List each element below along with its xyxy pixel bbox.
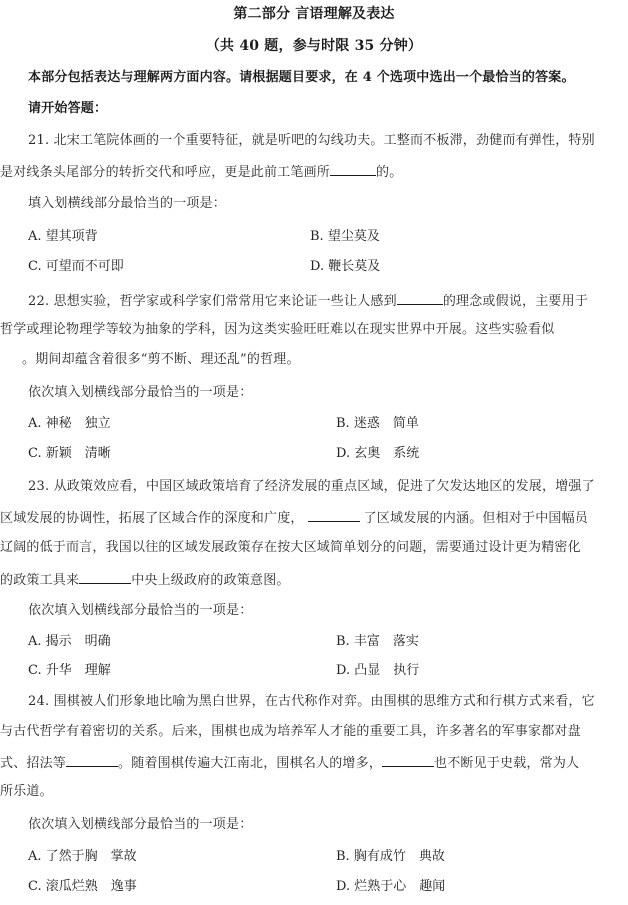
question-prompt: 依次填入划横线部分最恰当的一项是： [28, 817, 252, 833]
question-text-line: 区域发展的协调性，拓展了区域合作的深度和广度，了区域发展的内涵。但相对于中国幅员 [0, 509, 588, 527]
option-b[interactable]: B. 望尘莫及 [310, 229, 380, 245]
question-text-line: 。期间却蕴含着很多“剪不断、理还乱”的哲理。 [22, 352, 300, 368]
option-d[interactable]: D. 烂熟于心 趣闻 [336, 879, 445, 895]
question-text-line: 22. 思想实验，哲学家或科学家们常常用它来论证一些让人感到的理念或假说，主要用… [28, 292, 588, 310]
answer-blank [397, 292, 443, 305]
answer-blank [330, 163, 376, 176]
section-title: 第二部分 言语理解及表达 [0, 6, 628, 22]
option-b[interactable]: B. 丰富 落实 [336, 634, 419, 650]
exam-page: 第二部分 言语理解及表达 （共 40 题，参与时限 35 分钟） 本部分包括表达… [0, 0, 628, 905]
question-prompt: 依次填入划横线部分最恰当的一项是： [28, 603, 252, 619]
option-b[interactable]: B. 迷惑 简单 [336, 416, 419, 432]
question-text-line: 与古代哲学有着密切的关系。后来，围棋也成为培养军人才能的重要工具，许多著名的军事… [0, 724, 581, 740]
question-text: 。随着围棋传遍大江南北，围棋名人的增多， [118, 756, 382, 771]
question-text-line: 所乐道。 [0, 784, 53, 800]
question-prompt: 填入划横线部分最恰当的一项是： [28, 196, 226, 212]
question-text-line: 辽阔的低于而言，我国以往的区域发展政策存在按大区域简单划分的问题，需要通过设计更… [0, 540, 581, 556]
question-text: 了区域发展的内涵。但相对于中国幅员 [364, 511, 588, 526]
question-text-line: 21. 北宋工笔院体画的一个重要特征，就是听吧的勾线功夫。工整而不板滞，劲健而有… [28, 133, 595, 149]
option-a[interactable]: A. 了然于胸 掌故 [28, 849, 137, 865]
option-d[interactable]: D. 鞭长莫及 [310, 259, 380, 275]
question-text: 也不断见于史载，常为人 [434, 756, 579, 771]
answer-blank [382, 754, 434, 767]
question-text: 式、招法等 [0, 756, 66, 771]
section-subtitle: （共 40 题，参与时限 35 分钟） [0, 38, 628, 54]
question-text-line: 哲学或理论物理学等较为抽象的学科，因为这类实验旺旺难以在现实世界中开展。这些实验… [0, 322, 554, 338]
question-prompt: 依次填入划横线部分最恰当的一项是： [28, 385, 252, 401]
question-text: 中央上级政府的政策意图。 [131, 573, 289, 588]
section-instruction: 本部分包括表达与理解两方面内容。请根据题目要求，在 4 个选项中选出一个最恰当的… [28, 70, 575, 86]
question-text-line: 23. 从政策效应看，中国区域政策培育了经济发展的重点区域，促进了欠发达地区的发… [28, 479, 595, 495]
answer-blank [308, 509, 360, 522]
question-text: 的政策工具来 [0, 573, 79, 588]
answer-blank [66, 754, 118, 767]
start-prompt: 请开始答题： [28, 101, 107, 117]
question-text: 是对线条头尾部分的转折交代和呼应，更是此前工笔画所 [0, 165, 330, 180]
option-d[interactable]: D. 玄奥 系统 [336, 446, 419, 462]
question-text-line: 式、招法等。随着围棋传遍大江南北，围棋名人的增多，也不断见于史载，常为人 [0, 754, 579, 772]
question-text: 的理念或假说，主要用于 [443, 294, 588, 309]
question-text-line: 是对线条头尾部分的转折交代和呼应，更是此前工笔画所的。 [0, 163, 402, 181]
question-text: 22. 思想实验，哲学家或科学家们常常用它来论证一些让人感到 [28, 294, 397, 309]
option-c[interactable]: C. 可望而不可即 [28, 259, 124, 275]
question-text: 的。 [376, 165, 402, 180]
option-a[interactable]: A. 揭示 明确 [28, 634, 111, 650]
question-text: 区域发展的协调性，拓展了区域合作的深度和广度， [0, 511, 304, 526]
question-text-line: 24. 围棋被人们形象地比喻为黑白世界，在古代称作对弈。由围棋的思维方式和行棋方… [28, 694, 595, 710]
option-a[interactable]: A. 望其项背 [28, 229, 98, 245]
option-c[interactable]: C. 升华 理解 [28, 663, 111, 679]
option-c[interactable]: C. 新颖 清晰 [28, 446, 111, 462]
option-d[interactable]: D. 凸显 执行 [336, 663, 419, 679]
question-text-line: 的政策工具来中央上级政府的政策意图。 [0, 571, 290, 589]
option-a[interactable]: A. 神秘 独立 [28, 416, 111, 432]
option-b[interactable]: B. 胸有成竹 典故 [336, 849, 445, 865]
answer-blank [79, 571, 131, 584]
option-c[interactable]: C. 滚瓜烂熟 逸事 [28, 879, 137, 895]
